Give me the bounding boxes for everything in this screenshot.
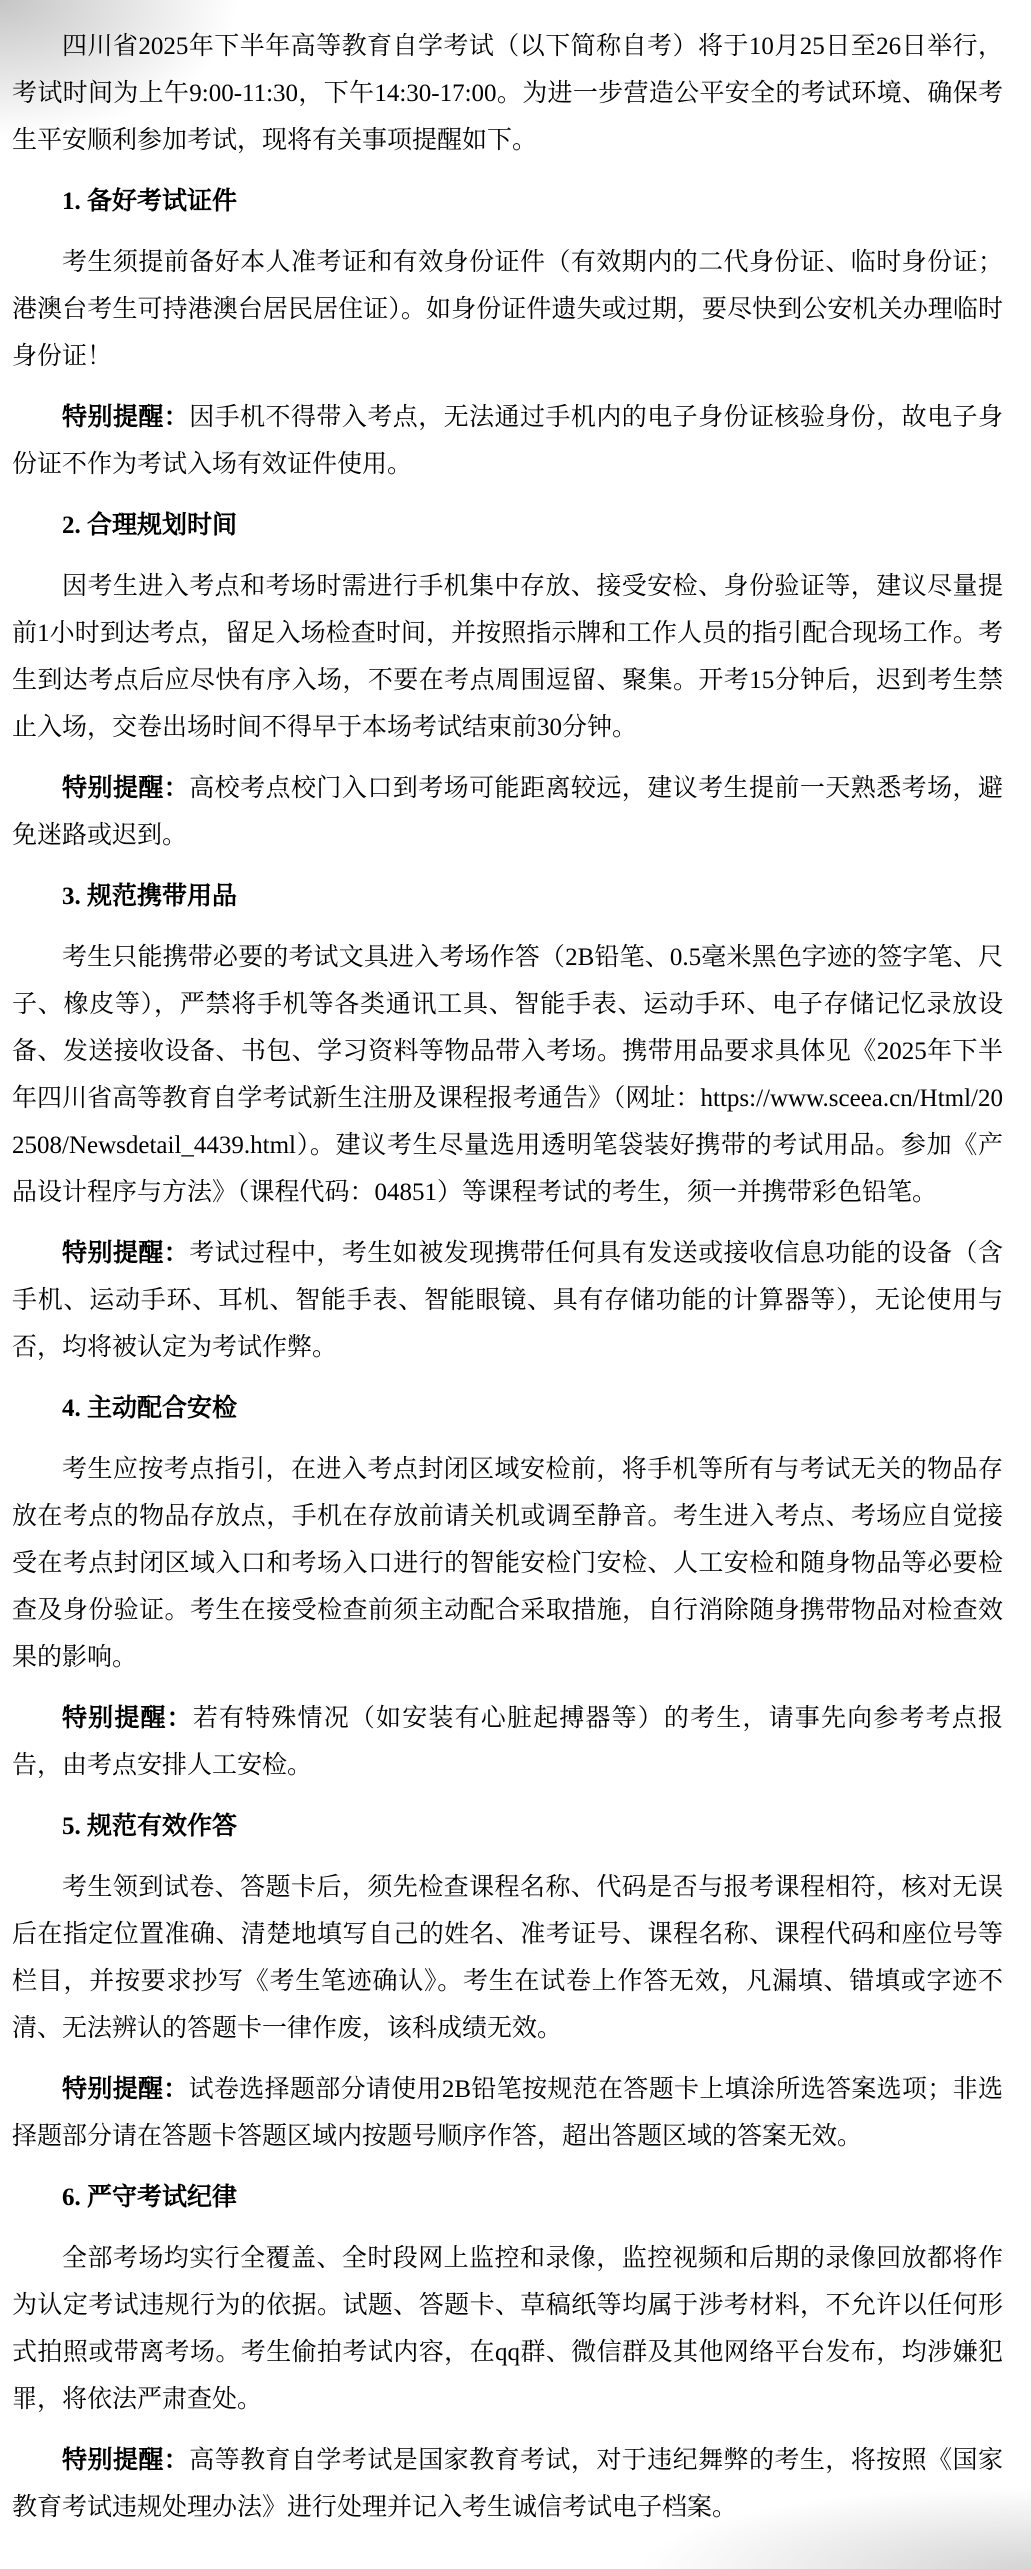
section-1-reminder: 特别提醒：因手机不得带入考点，无法通过手机内的电子身份证核验身份，故电子身份证不…: [12, 394, 1003, 488]
section-4-heading: 4. 主动配合安检: [12, 1385, 1003, 1432]
reminder-label: 特别提醒：: [62, 404, 189, 431]
section-3-reminder: 特别提醒：考试过程中，考生如被发现携带任何具有发送或接收信息功能的设备（含手机、…: [12, 1230, 1003, 1371]
section-1-paragraph: 考生须提前备好本人准考证和有效身份证件（有效期内的二代身份证、临时身份证；港澳台…: [12, 239, 1003, 380]
section-5-heading: 5. 规范有效作答: [12, 1803, 1003, 1850]
section-2-heading: 2. 合理规划时间: [12, 502, 1003, 549]
section-6-paragraph: 全部考场均实行全覆盖、全时段网上监控和录像，监控视频和后期的录像回放都将作为认定…: [12, 2235, 1003, 2423]
section-2-paragraph: 因考生进入考点和考场时需进行手机集中存放、接受安检、身份验证等，建议尽量提前1小…: [12, 563, 1003, 751]
section-3-paragraph: 考生只能携带必要的考试文具进入考场作答（2B铅笔、0.5毫米黑色字迹的签字笔、尺…: [12, 934, 1003, 1216]
reminder-label: 特别提醒：: [62, 2076, 189, 2103]
reminder-label: 特别提醒：: [62, 2447, 189, 2474]
section-5-paragraph: 考生领到试卷、答题卡后，须先检查课程名称、代码是否与报考课程相符，核对无误后在指…: [12, 1864, 1003, 2052]
section-4-paragraph: 考生应按考点指引，在进入考点封闭区域安检前，将手机等所有与考试无关的物品存放在考…: [12, 1446, 1003, 1681]
section-6-reminder: 特别提醒：高等教育自学考试是国家教育考试，对于违纪舞弊的考生，将按照《国家教育考…: [12, 2437, 1003, 2531]
section-3-heading: 3. 规范携带用品: [12, 873, 1003, 920]
reminder-label: 特别提醒：: [62, 1705, 193, 1732]
section-5-reminder: 特别提醒：试卷选择题部分请使用2B铅笔按规范在答题卡上填涂所选答案选项；非选择题…: [12, 2066, 1003, 2160]
reminder-label: 特别提醒：: [62, 1240, 189, 1267]
section-2-reminder: 特别提醒：高校考点校门入口到考场可能距离较远，建议考生提前一天熟悉考场，避免迷路…: [12, 765, 1003, 859]
exam-notice-document: 四川省2025年下半年高等教育自学考试（以下简称自考）将于10月25日至26日举…: [0, 0, 1031, 2569]
section-4-reminder: 特别提醒：若有特殊情况（如安装有心脏起搏器等）的考生，请事先向参考考点报告，由考…: [12, 1695, 1003, 1789]
reminder-label: 特别提醒：: [62, 775, 189, 802]
section-1-heading: 1. 备好考试证件: [12, 178, 1003, 225]
section-6-heading: 6. 严守考试纪律: [12, 2174, 1003, 2221]
intro-paragraph: 四川省2025年下半年高等教育自学考试（以下简称自考）将于10月25日至26日举…: [12, 23, 1003, 164]
